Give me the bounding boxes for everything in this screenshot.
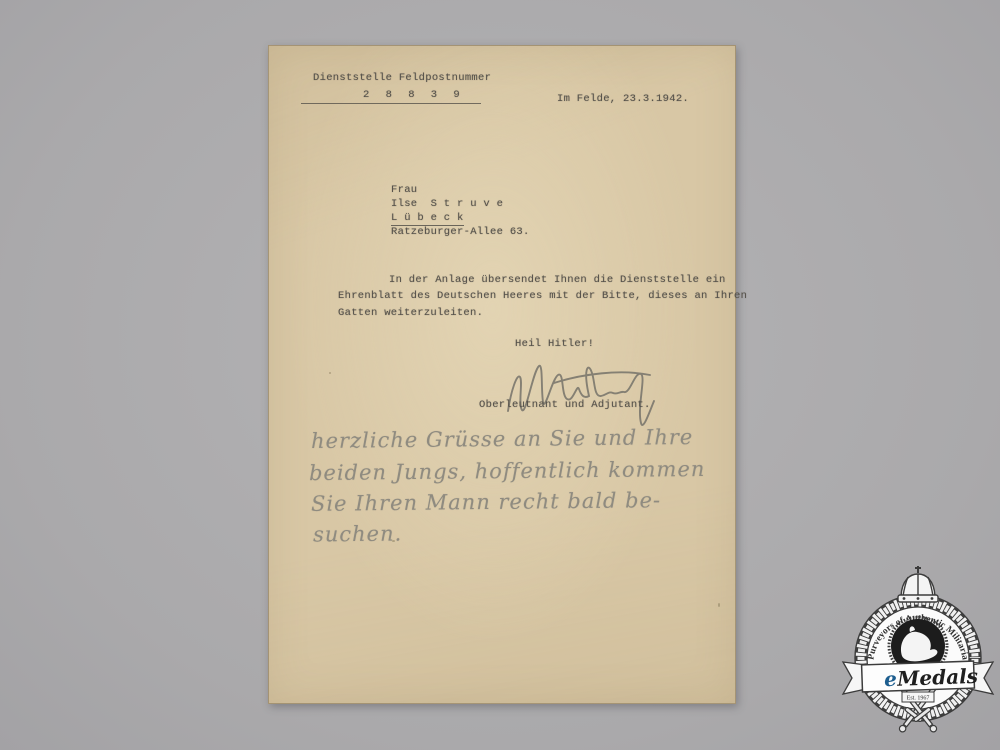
body-line-3: Gatten weiterzuleiten. (338, 307, 483, 320)
handwritten-note-line-3: Sie Ihren Mann recht bald be- (311, 488, 661, 516)
established-plate: Est. 1967 (902, 692, 934, 702)
recipient-street: Ratzeburger-Allee 63. (391, 226, 530, 239)
body-line-1: In der Anlage übersendet Ihnen die Diens… (389, 274, 726, 287)
paper-speck (392, 540, 395, 542)
fieldpost-number: 2 8 8 3 9 (363, 89, 465, 102)
signature-scrawl (494, 349, 674, 433)
brand-banner: eMedals (843, 661, 993, 694)
recipient-name: Ilse S t r u v e (391, 198, 503, 211)
crown-icon (898, 566, 938, 602)
paper-speck (718, 603, 720, 607)
handwritten-note-line-2: beiden Jungs, hoffentlich kommen (309, 457, 706, 485)
header-underline (301, 103, 481, 104)
emedals-watermark: Purveyors of Authentic Militaria eMeda (840, 566, 996, 744)
signature-title: Oberleutnant und Adjutant. (479, 399, 651, 412)
body-line-2: Ehrenblatt des Deutschen Heeres mit der … (338, 290, 747, 303)
office-line: Dienststelle Feldpostnummer (313, 72, 491, 85)
brand-wordmark: eMedals (884, 664, 979, 691)
date-line: Im Felde, 23.3.1942. (557, 93, 689, 106)
recipient-city: L ü b e c k (391, 212, 464, 226)
photo-background: Dienststelle Feldpostnummer 2 8 8 3 9 Im… (0, 0, 1000, 750)
established-text: Est. 1967 (907, 696, 930, 702)
handwritten-note-line-1: herzliche Grüsse an Sie und Ihre (311, 425, 693, 453)
letter-document: Dienststelle Feldpostnummer 2 8 8 3 9 Im… (268, 45, 736, 704)
paper-speck (329, 372, 331, 374)
handwritten-note-line-4: suchen. (313, 522, 402, 547)
recipient-salutation: Frau (391, 184, 417, 197)
